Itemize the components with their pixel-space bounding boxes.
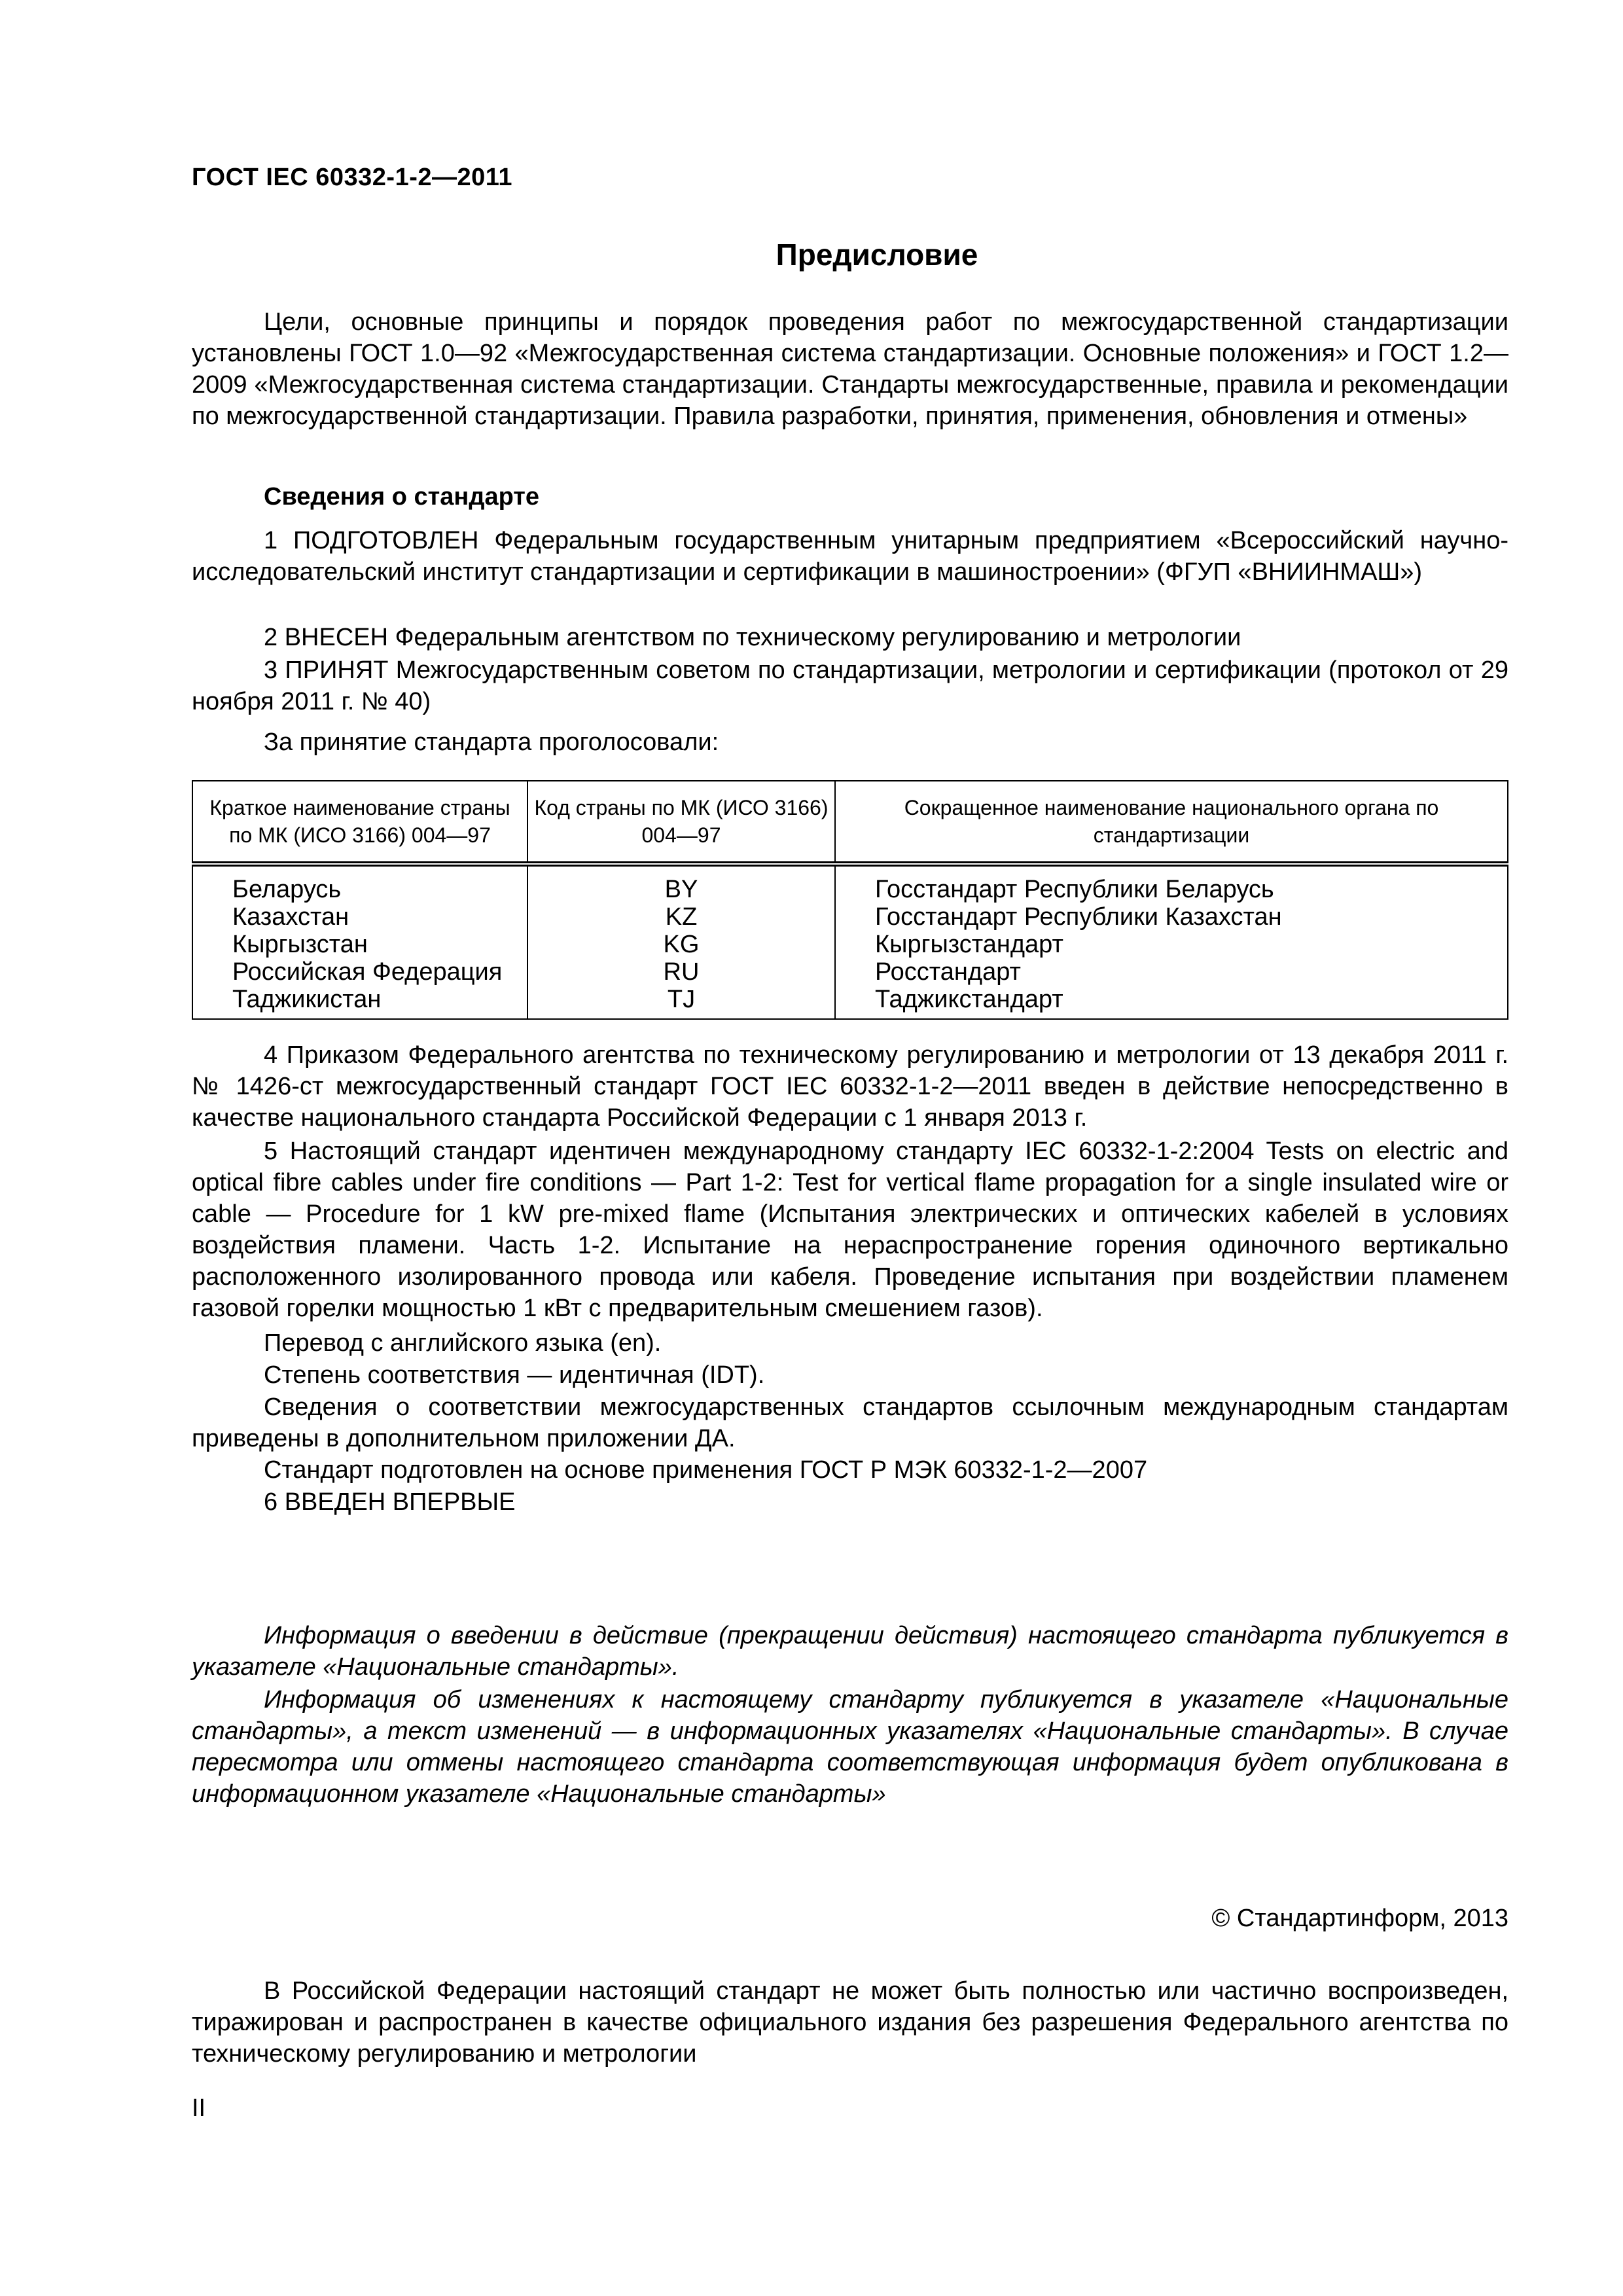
item-6-first-introduced: 6 ВВЕДЕН ВПЕРВЫЕ [192, 1486, 1508, 1518]
item-1-prepared: 1 ПОДГОТОВЛЕН Федеральным государственны… [192, 525, 1508, 588]
national-body: Таджикстандарт [835, 986, 1508, 1019]
reproduction-notice: В Российской Федерации настоящий стандар… [192, 1975, 1508, 2070]
document-designation: ГОСТ IEC 60332-1-2—2011 [192, 164, 512, 192]
country-name: Беларусь [192, 864, 527, 903]
references-note: Сведения о соответствии межгосударственн… [192, 1391, 1508, 1454]
notice-introduction: Информация о введении в действие (прекра… [192, 1620, 1508, 1683]
notice-changes: Информация об изменениях к настоящему ст… [192, 1684, 1508, 1810]
page-number: II [192, 2094, 205, 2123]
country-name: Российская Федерация [192, 958, 527, 986]
national-body: Росстандарт [835, 958, 1508, 986]
translation-note: Перевод с английского языка (en). [192, 1327, 1508, 1359]
country-name: Кыргызстан [192, 931, 527, 958]
header-country-name: Краткое наименование страны по МК (ИСО 3… [192, 781, 527, 864]
header-national-body: Сокращенное наименование национального о… [835, 781, 1508, 864]
item-4-order: 4 Приказом Федерального агентства по тех… [192, 1039, 1508, 1134]
item-3-adopted: 3 ПРИНЯТ Межгосударственным советом по с… [192, 655, 1508, 717]
table-row: Кыргызстан KG Кыргызстандарт [192, 931, 1508, 958]
country-code: RU [527, 958, 835, 986]
copyright: © Стандартинформ, 2013 [192, 1905, 1508, 1933]
country-code: TJ [527, 986, 835, 1019]
vote-table: Краткое наименование страны по МК (ИСО 3… [192, 780, 1508, 1020]
country-name: Таджикистан [192, 986, 527, 1019]
section-heading: Сведения о стандарте [192, 481, 1508, 512]
intro-paragraph: Цели, основные принципы и порядок провед… [192, 306, 1508, 432]
table-row: Казахстан KZ Госстандарт Республики Каза… [192, 903, 1508, 931]
national-body: Госстандарт Республики Казахстан [835, 903, 1508, 931]
national-body: Госстандарт Республики Беларусь [835, 864, 1508, 903]
country-code: BY [527, 864, 835, 903]
national-body: Кыргызстандарт [835, 931, 1508, 958]
conformity-note: Степень соответствия — идентичная (IDT). [192, 1359, 1508, 1391]
table-row: Таджикистан TJ Таджикстандарт [192, 986, 1508, 1019]
country-name: Казахстан [192, 903, 527, 931]
country-code: KZ [527, 903, 835, 931]
vote-intro: За принятие стандарта проголосовали: [192, 726, 1508, 758]
header-country-code: Код страны по МК (ИСО 3166) 004—97 [527, 781, 835, 864]
basis-note: Стандарт подготовлен на основе применени… [192, 1454, 1508, 1486]
item-5-identical: 5 Настоящий стандарт идентичен междунаро… [192, 1136, 1508, 1324]
item-2-submitted: 2 ВНЕСЕН Федеральным агентством по техни… [192, 622, 1508, 653]
page-title: Предисловие [0, 237, 1623, 272]
table-row: Российская Федерация RU Росстандарт [192, 958, 1508, 986]
country-code: KG [527, 931, 835, 958]
table-row: Беларусь BY Госстандарт Республики Белар… [192, 864, 1508, 903]
